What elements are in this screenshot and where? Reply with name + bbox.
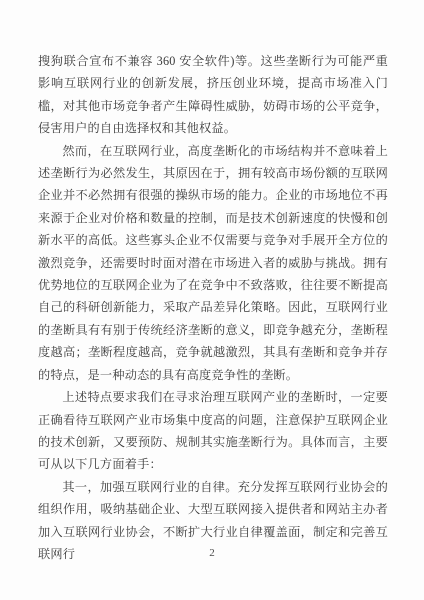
- paragraph: 然而，在互联网行业，高度垄断化的市场结构并不意味着上述垄断行为必然发生，其原因在…: [38, 140, 388, 386]
- document-page: 搜狗联合宣布不兼容 360 安全软件)等。这些垄断行为可能严重影响互联网行业的创…: [0, 0, 424, 600]
- paragraph: 搜狗联合宣布不兼容 360 安全软件)等。这些垄断行为可能严重影响互联网行业的创…: [38, 50, 388, 140]
- paragraph: 上述特点要求我们在寻求治理互联网产业的垄断时，一定要正确看待互联网产业市场集中度…: [38, 386, 388, 476]
- document-body: 搜狗联合宣布不兼容 360 安全软件)等。这些垄断行为可能严重影响互联网行业的创…: [38, 50, 388, 565]
- page-number: 2: [0, 546, 424, 560]
